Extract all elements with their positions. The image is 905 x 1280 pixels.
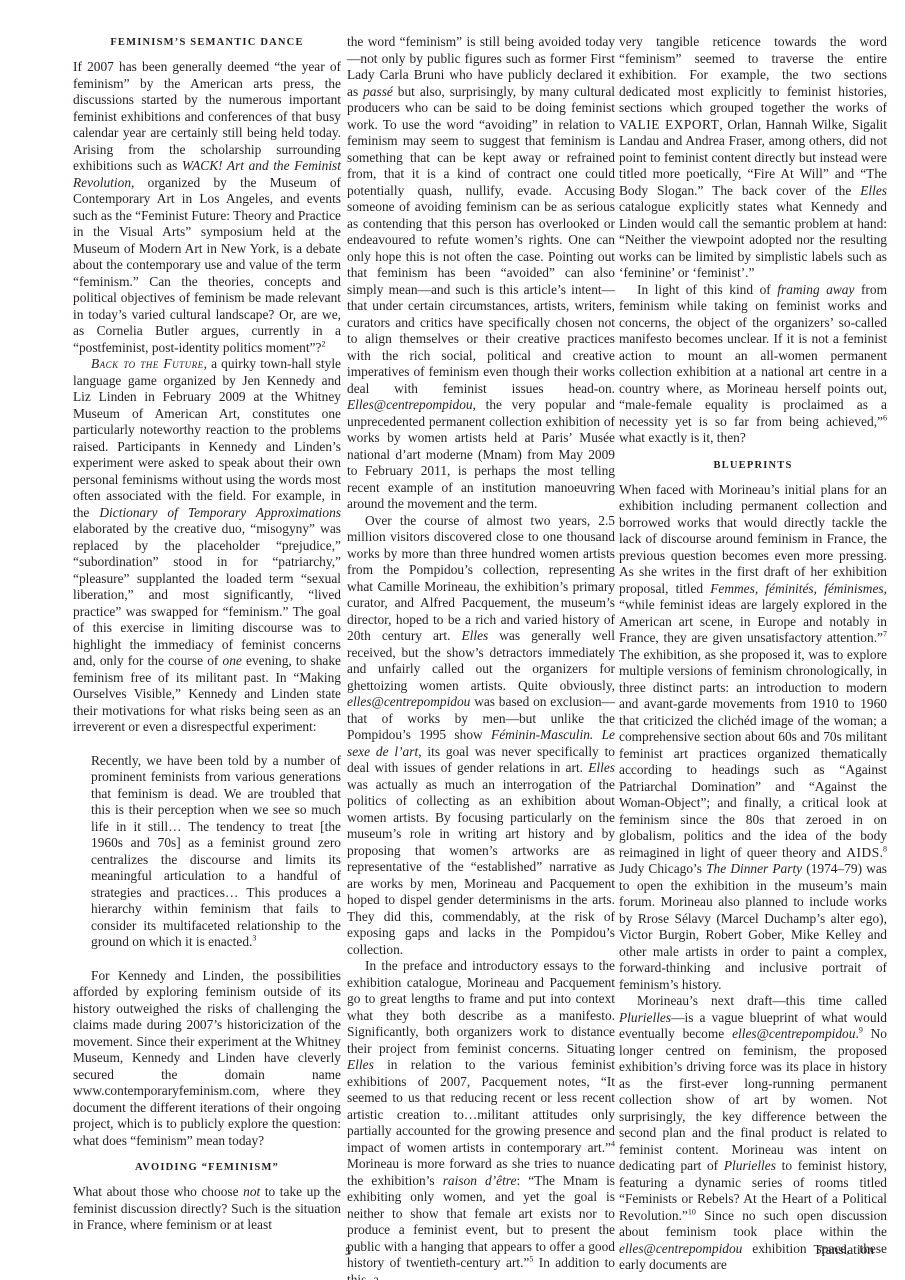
running-footer: Translation [813, 1242, 874, 1258]
exhibition-title: elles@centrepompidou [732, 1026, 855, 1041]
text-run: catalogue explicitly states what Kennedy… [619, 199, 887, 280]
text-run: Judy Chicago’s [619, 861, 706, 876]
document-page: Feminism’s Semantic Dance If 2007 has be… [0, 0, 905, 1280]
exhibition-title: elles@centrepompidou [347, 694, 470, 709]
paragraph: Over the course of almost two years, 2.5… [347, 513, 615, 959]
section-heading-avoiding: Avoiding “Feminism” [73, 1161, 341, 1175]
text-run: In the preface and introductory essays t… [347, 958, 615, 1056]
footnote-marker: 3 [252, 934, 256, 943]
proposal-title: Plurielles [619, 1010, 671, 1025]
paragraph: the word “feminism” is still being avoid… [347, 34, 615, 513]
footnote-marker: 7 [883, 630, 887, 639]
artist-name: VALIE EXPORT [619, 117, 719, 132]
page-number: 5 [345, 1244, 351, 1259]
work-title: Dictionary of Temporary Approximations [99, 505, 341, 520]
text-run: , organized by the Museum of Contemporar… [73, 175, 341, 355]
column-right: very tangible reticence towards the word… [619, 34, 887, 1274]
text-run: in relation to the various feminist exhi… [347, 1057, 615, 1155]
text-run: Over the course of almost two years, 2.5… [347, 513, 615, 644]
paragraph: When faced with Morineau’s initial plans… [619, 482, 887, 994]
text-run: but also, surprisingly, by many cultural… [347, 84, 615, 396]
emphasis: framing away [777, 282, 854, 297]
paragraph: For Kennedy and Linden, the possibilitie… [73, 968, 341, 1150]
block-quote: Recently, we have been told by a number … [91, 753, 341, 951]
paragraph: If 2007 has been generally deemed “the y… [73, 59, 341, 356]
emphasis: passé [363, 84, 393, 99]
text-run: When faced with Morineau’s initial plans… [619, 482, 887, 596]
footnote-marker: 6 [883, 413, 887, 422]
footnote-marker: 8 [883, 844, 887, 853]
section-heading-semantic-dance: Feminism’s Semantic Dance [73, 36, 341, 50]
paragraph: In light of this kind of framing away fr… [619, 282, 887, 447]
paragraph: In the preface and introductory essays t… [347, 958, 615, 1280]
text-run: If 2007 has been generally deemed “the y… [73, 59, 341, 173]
text-run: what exactly is it, then? [619, 430, 746, 445]
emphasis: not [243, 1184, 260, 1199]
text-run: The exhibition, as she proposed it, was … [619, 647, 887, 860]
text-run: Recently, we have been told by a number … [91, 753, 341, 950]
text-run: , a quirky town-hall style language game… [73, 356, 341, 520]
exhibition-title: elles@centrepompidou [619, 1241, 742, 1256]
text-run: Morineau’s next draft—this time called [637, 993, 887, 1008]
column-left: Feminism’s Semantic Dance If 2007 has be… [73, 34, 341, 1234]
text-run: No longer centred on feminism, the propo… [619, 1026, 887, 1173]
proposal-title: Plurielles [724, 1158, 776, 1173]
acronym: AIDS [846, 845, 879, 860]
exhibition-title: Elles [461, 628, 488, 643]
text-run: , the very popular and unprecedented per… [347, 397, 615, 511]
proposal-title: Femmes, féminités, féminismes [710, 581, 883, 596]
section-heading-blueprints: Blueprints [619, 459, 887, 473]
text-run: very tangible reticence towards the word… [619, 34, 887, 115]
footnote-marker: 2 [321, 339, 325, 348]
exhibition-title: Elles [347, 1057, 374, 1072]
work-title: The Dinner Party [706, 861, 802, 876]
paragraph: Back to the Future, a quirky town-hall s… [73, 356, 341, 736]
exhibition-title: Elles@centrepompidou [347, 397, 473, 412]
emphasis: raison d’être [443, 1173, 517, 1188]
quote-text: Recently, we have been told by a number … [91, 753, 341, 951]
paragraph: Morineau’s next draft—this time called P… [619, 993, 887, 1274]
text-run: What about those who choose [73, 1184, 243, 1199]
exhibition-title: Elles [860, 183, 887, 198]
exhibition-title: Elles [588, 760, 615, 775]
column-middle: the word “feminism” is still being avoid… [347, 34, 615, 1280]
emphasis: one [223, 653, 242, 668]
text-run: (1974–79) was to open the exhibition in … [619, 861, 887, 992]
footnote-marker: 10 [688, 1207, 696, 1216]
event-title: Back to the Future [91, 356, 204, 371]
paragraph: What about those who choose not to take … [73, 1184, 341, 1234]
text-run: from feminism while taking on feminist w… [619, 282, 887, 429]
text-run: was actually as much an interrogation of… [347, 777, 615, 957]
footnote-marker: 4 [611, 1139, 615, 1148]
text-run: In light of this kind of [637, 282, 777, 297]
paragraph: very tangible reticence towards the word… [619, 34, 887, 282]
text-run: elaborated by the creative duo, “misogyn… [73, 521, 341, 668]
